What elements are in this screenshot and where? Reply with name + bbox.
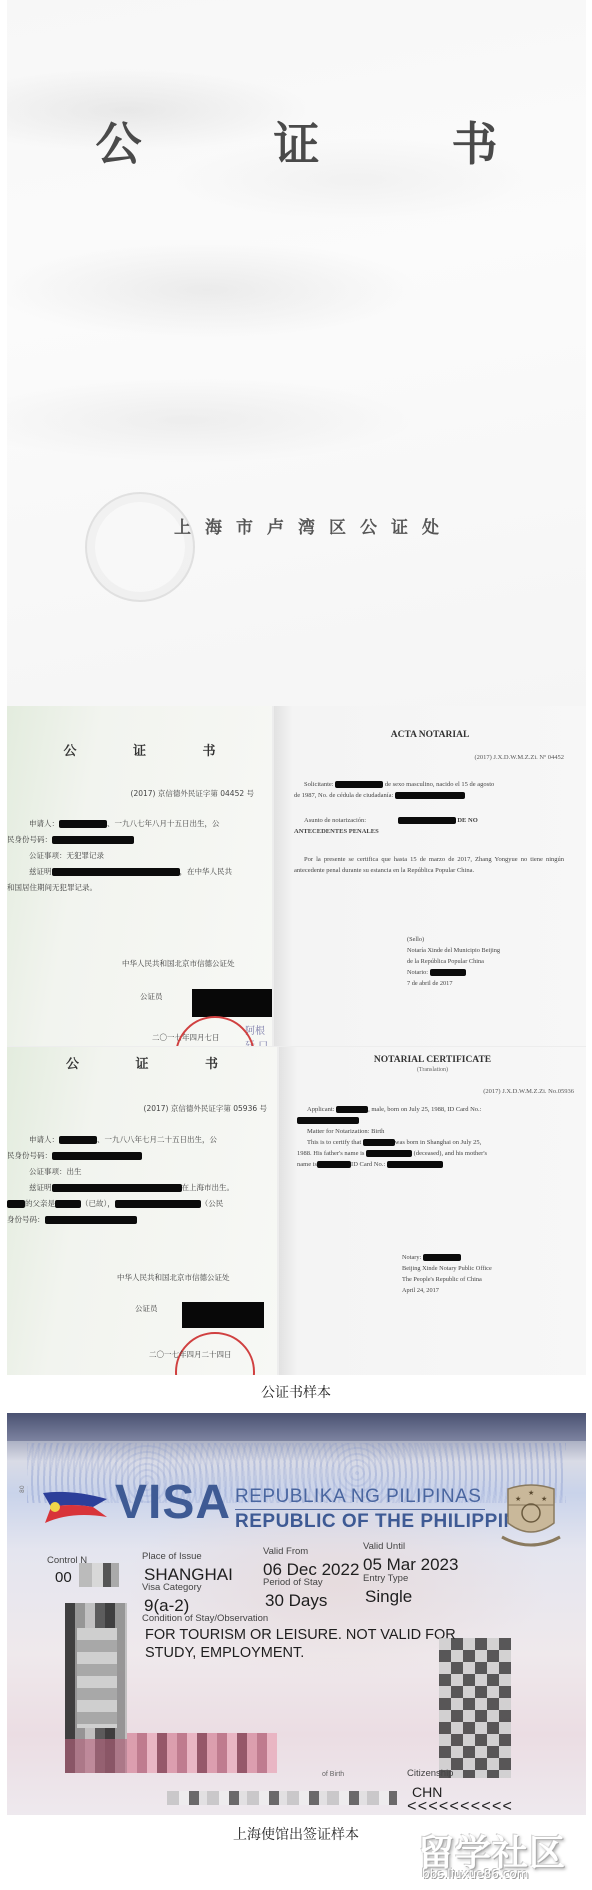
valid-until-value: 05 Mar 2023 <box>363 1555 458 1575</box>
notary-matter: 公证事项：出生 <box>7 1164 269 1180</box>
redaction <box>363 1139 395 1146</box>
period-of-stay-label: Period of Stay <box>263 1577 323 1588</box>
certificate-number: (2017) J.X.D.W.M.Z.Zi. Nº 04452 <box>474 753 564 763</box>
applicant-detail: , male, born on July 25, 1988, ID Card N… <box>368 1106 481 1113</box>
redaction <box>52 868 180 876</box>
page-title: 公 证 书 <box>7 1055 277 1075</box>
id-label: 身份号码： <box>7 1215 45 1224</box>
condition-line: FOR TOURISM OR LEISURE. NOT VALID FOR <box>145 1626 456 1644</box>
father-label: 1988. His father's name is <box>297 1150 364 1157</box>
redaction <box>317 1161 351 1168</box>
condition-value: FOR TOURISM OR LEISURE. NOT VALID FOR ST… <box>145 1626 456 1662</box>
svg-text:★: ★ <box>541 1495 547 1503</box>
certify-label: 兹证明 <box>29 1183 52 1192</box>
office-line: Notaría Xinde del Municipio Beijing <box>407 945 500 956</box>
id-label: 民身份号码： <box>7 835 52 844</box>
red-seal-stamp-icon: ★ <box>175 1016 255 1046</box>
pixelated-name-field <box>167 1791 397 1805</box>
certify-detail: 在上海市出生。 <box>182 1183 235 1192</box>
notary-page-en-certificate: NOTARIAL CERTIFICATE (Translation) (2017… <box>279 1047 586 1375</box>
asunto-detail: DE NO <box>457 817 477 824</box>
side-code: 80 <box>19 1485 26 1493</box>
site-watermark: 留学社区 bbs.liuxue86.com <box>418 1825 578 1883</box>
page-title: ACTA NOTARIAL <box>274 728 586 742</box>
notary-page-cn-birth: 公 证 书 (2017) 京信德外民证字第 05936 号 申请人：、一九八八年… <box>7 1047 277 1375</box>
pixelated-ghost-photo <box>439 1638 511 1778</box>
certify-label: 兹证明 <box>29 867 52 876</box>
cover-office-name: 上海市卢湾区公证处 <box>7 513 586 538</box>
redaction <box>335 781 383 788</box>
pixelated-face <box>77 1628 117 1728</box>
certify-detail: was born in Shanghai on July 25, <box>395 1139 481 1146</box>
country-name-local: REPUBLIKA NG PILIPINAS <box>235 1486 481 1508</box>
entry-type-label: Entry Type <box>363 1573 408 1584</box>
cedula-label: de 1987, No. de cédula de ciudadanía: <box>294 792 393 799</box>
applicant-paragraph: Applicant: , male, born on July 25, 1988… <box>297 1104 574 1170</box>
redaction <box>7 1200 25 1208</box>
redaction <box>52 1184 182 1192</box>
signature-redaction <box>182 1302 264 1328</box>
id-label: 民身份号码： <box>7 1151 52 1160</box>
redaction <box>395 792 465 799</box>
seal-line: (Sello) <box>407 934 500 945</box>
passport-edge <box>7 1413 586 1441</box>
applicant-detail: 、一九八七年八月十五日出生，公 <box>107 819 220 828</box>
redaction <box>423 1254 461 1261</box>
certificate-body: 申请人：、一九八八年七月二十五日出生，公 民身份号码： 公证事项：出生 兹证明在… <box>7 1132 269 1228</box>
asunto-type: ANTECEDENTES PENALES <box>294 828 379 835</box>
redaction <box>55 1200 81 1208</box>
redaction <box>45 1216 137 1224</box>
certificate-number: (2017) 京信德外民证字第 04452 号 <box>131 788 254 799</box>
signature-block: Notary: Beijing Xinde Notary Public Offi… <box>402 1252 492 1296</box>
applicant-label: 申请人： <box>29 1135 59 1144</box>
asunto-paragraph: Asunto de notarización: DE NO ANTECEDENT… <box>294 815 564 837</box>
certify-detail: ，在中华人民共 <box>180 867 233 876</box>
page-subtitle: (Translation) <box>279 1066 586 1075</box>
redaction <box>52 836 134 844</box>
redaction <box>398 817 456 824</box>
applicant-label: Applicant: <box>307 1106 334 1113</box>
mrz-line-1: <<<<<<<<<< <box>407 1798 513 1815</box>
date-of-birth-label: of Birth <box>322 1771 344 1778</box>
notary-label: 公证员 <box>135 1303 158 1314</box>
asunto-label: Asunto de notarización: <box>304 817 366 824</box>
caption-notary-sample: 公证书样本 <box>0 1382 592 1402</box>
notary-office: 中华人民共和国北京市信德公证处 <box>117 1272 230 1283</box>
watermark-url: bbs.liuxue86.com <box>422 1867 528 1881</box>
notary-page-cn-criminal-record: 公 证 书 (2017) 京信德外民证字第 04452 号 申请人：、一九八七年… <box>7 706 272 1046</box>
redaction <box>115 1200 201 1208</box>
philippine-flag-icon <box>41 1489 111 1525</box>
control-number-value: 00 <box>55 1569 72 1586</box>
notary-label: 公证员 <box>140 991 163 1002</box>
solicitante-paragraph: Solicitante: de sexo masculino, nacido e… <box>294 779 564 801</box>
visa-category-label: Visa Category <box>142 1582 202 1593</box>
notary-office: 中华人民共和国北京市信德公证处 <box>122 958 235 969</box>
notary-line: Notary: <box>402 1254 421 1261</box>
redaction <box>59 1136 97 1144</box>
notary-cover-image: 公 证 书 上海市卢湾区公证处 <box>7 0 586 706</box>
signature-redaction <box>192 989 272 1017</box>
certificate-date: 二〇一七年四月二十四日 <box>149 1349 232 1360</box>
father-detail: (deceased), and his mother's <box>414 1150 487 1157</box>
deceased-note: （已故）， <box>81 1199 115 1208</box>
pixelated-control-number <box>79 1563 119 1587</box>
mother-label: name is <box>297 1161 317 1168</box>
philippines-visa-photo: 80 VISA REPUBLIKA NG PILIPINAS REPUBLIC … <box>7 1413 586 1815</box>
notary-line: Notario: <box>407 969 428 976</box>
redaction <box>297 1117 359 1124</box>
country-line: de la República Popular China <box>407 956 500 967</box>
place-of-issue-label: Place of Issue <box>142 1551 202 1562</box>
mother-detail: （公民 <box>201 1199 224 1208</box>
certificate-number: (2017) J.X.D.W.M.Z.Zi. No.05936 <box>483 1087 574 1097</box>
certificate-body: 申请人：、一九八七年八月十五日出生，公 民身份号码： 公证事项：无犯罪记录 兹证… <box>7 816 264 896</box>
notary-page-es-acta: ACTA NOTARIAL (2017) J.X.D.W.M.Z.Zi. Nº … <box>274 706 586 1046</box>
condition-line: STUDY, EMPLOYMENT. <box>145 1644 456 1662</box>
certification-paragraph: Por la presente se certifica que hasta 1… <box>294 854 564 876</box>
visa-heading: VISA <box>115 1479 231 1527</box>
coat-of-arms-icon: ★ ★ ★ <box>500 1481 562 1551</box>
solicitante-label: Solicitante: <box>304 781 334 788</box>
valid-until-label: Valid Until <box>363 1541 405 1552</box>
pixelated-signature <box>127 1733 277 1773</box>
country-line: The People's Republic of China <box>402 1274 492 1285</box>
entry-type-value: Single <box>365 1587 412 1607</box>
redaction <box>430 969 466 976</box>
mother-id-label: ID Card No.: <box>351 1161 385 1168</box>
period-of-stay-value: 30 Days <box>265 1591 327 1611</box>
date-line: April 24, 2017 <box>402 1285 492 1296</box>
applicant-label: 申请人： <box>29 819 59 828</box>
divider <box>235 1509 485 1510</box>
redaction <box>336 1106 368 1113</box>
certify-label: This is to certify that <box>307 1139 361 1146</box>
country-name-english: REPUBLIC OF THE PHILIPPINES <box>235 1511 544 1533</box>
svg-text:★: ★ <box>528 1489 534 1497</box>
office-line: Beijing Xinde Notary Public Office <box>402 1263 492 1274</box>
citizenship-label: Citizenship <box>407 1768 453 1779</box>
notary-matter: 公证事项：无犯罪记录 <box>7 848 264 864</box>
redaction <box>366 1150 412 1157</box>
condition-label: Condition of Stay/Observation <box>142 1613 268 1624</box>
redaction <box>59 820 107 828</box>
certificate-number: (2017) 京信德外民证字第 05936 号 <box>144 1103 267 1114</box>
page-title: 公 证 书 <box>7 742 272 762</box>
embossed-seal-icon <box>85 492 195 602</box>
applicant-detail: 、一九八八年七月二十五日出生，公 <box>97 1135 217 1144</box>
redaction <box>387 1161 443 1168</box>
notary-matter: Matter for Notarization: Birth <box>297 1126 574 1137</box>
cover-title: 公 证 书 <box>7 108 586 174</box>
signature-block: (Sello) Notaría Xinde del Municipio Beij… <box>407 934 500 989</box>
notary-samples-photo: 公 证 书 (2017) 京信德外民证字第 04452 号 申请人：、一九八七年… <box>7 706 586 1375</box>
certify-conclusion: 和国居住期间无犯罪记录。 <box>7 880 264 896</box>
svg-text:★: ★ <box>515 1495 521 1503</box>
redaction <box>52 1152 142 1160</box>
date-line: 7 de abril de 2017 <box>407 978 500 989</box>
valid-from-label: Valid From <box>263 1546 308 1557</box>
solicitante-detail: de sexo masculino, nacido el 15 de agost… <box>385 781 494 788</box>
father-label: 的父亲是 <box>25 1199 55 1208</box>
